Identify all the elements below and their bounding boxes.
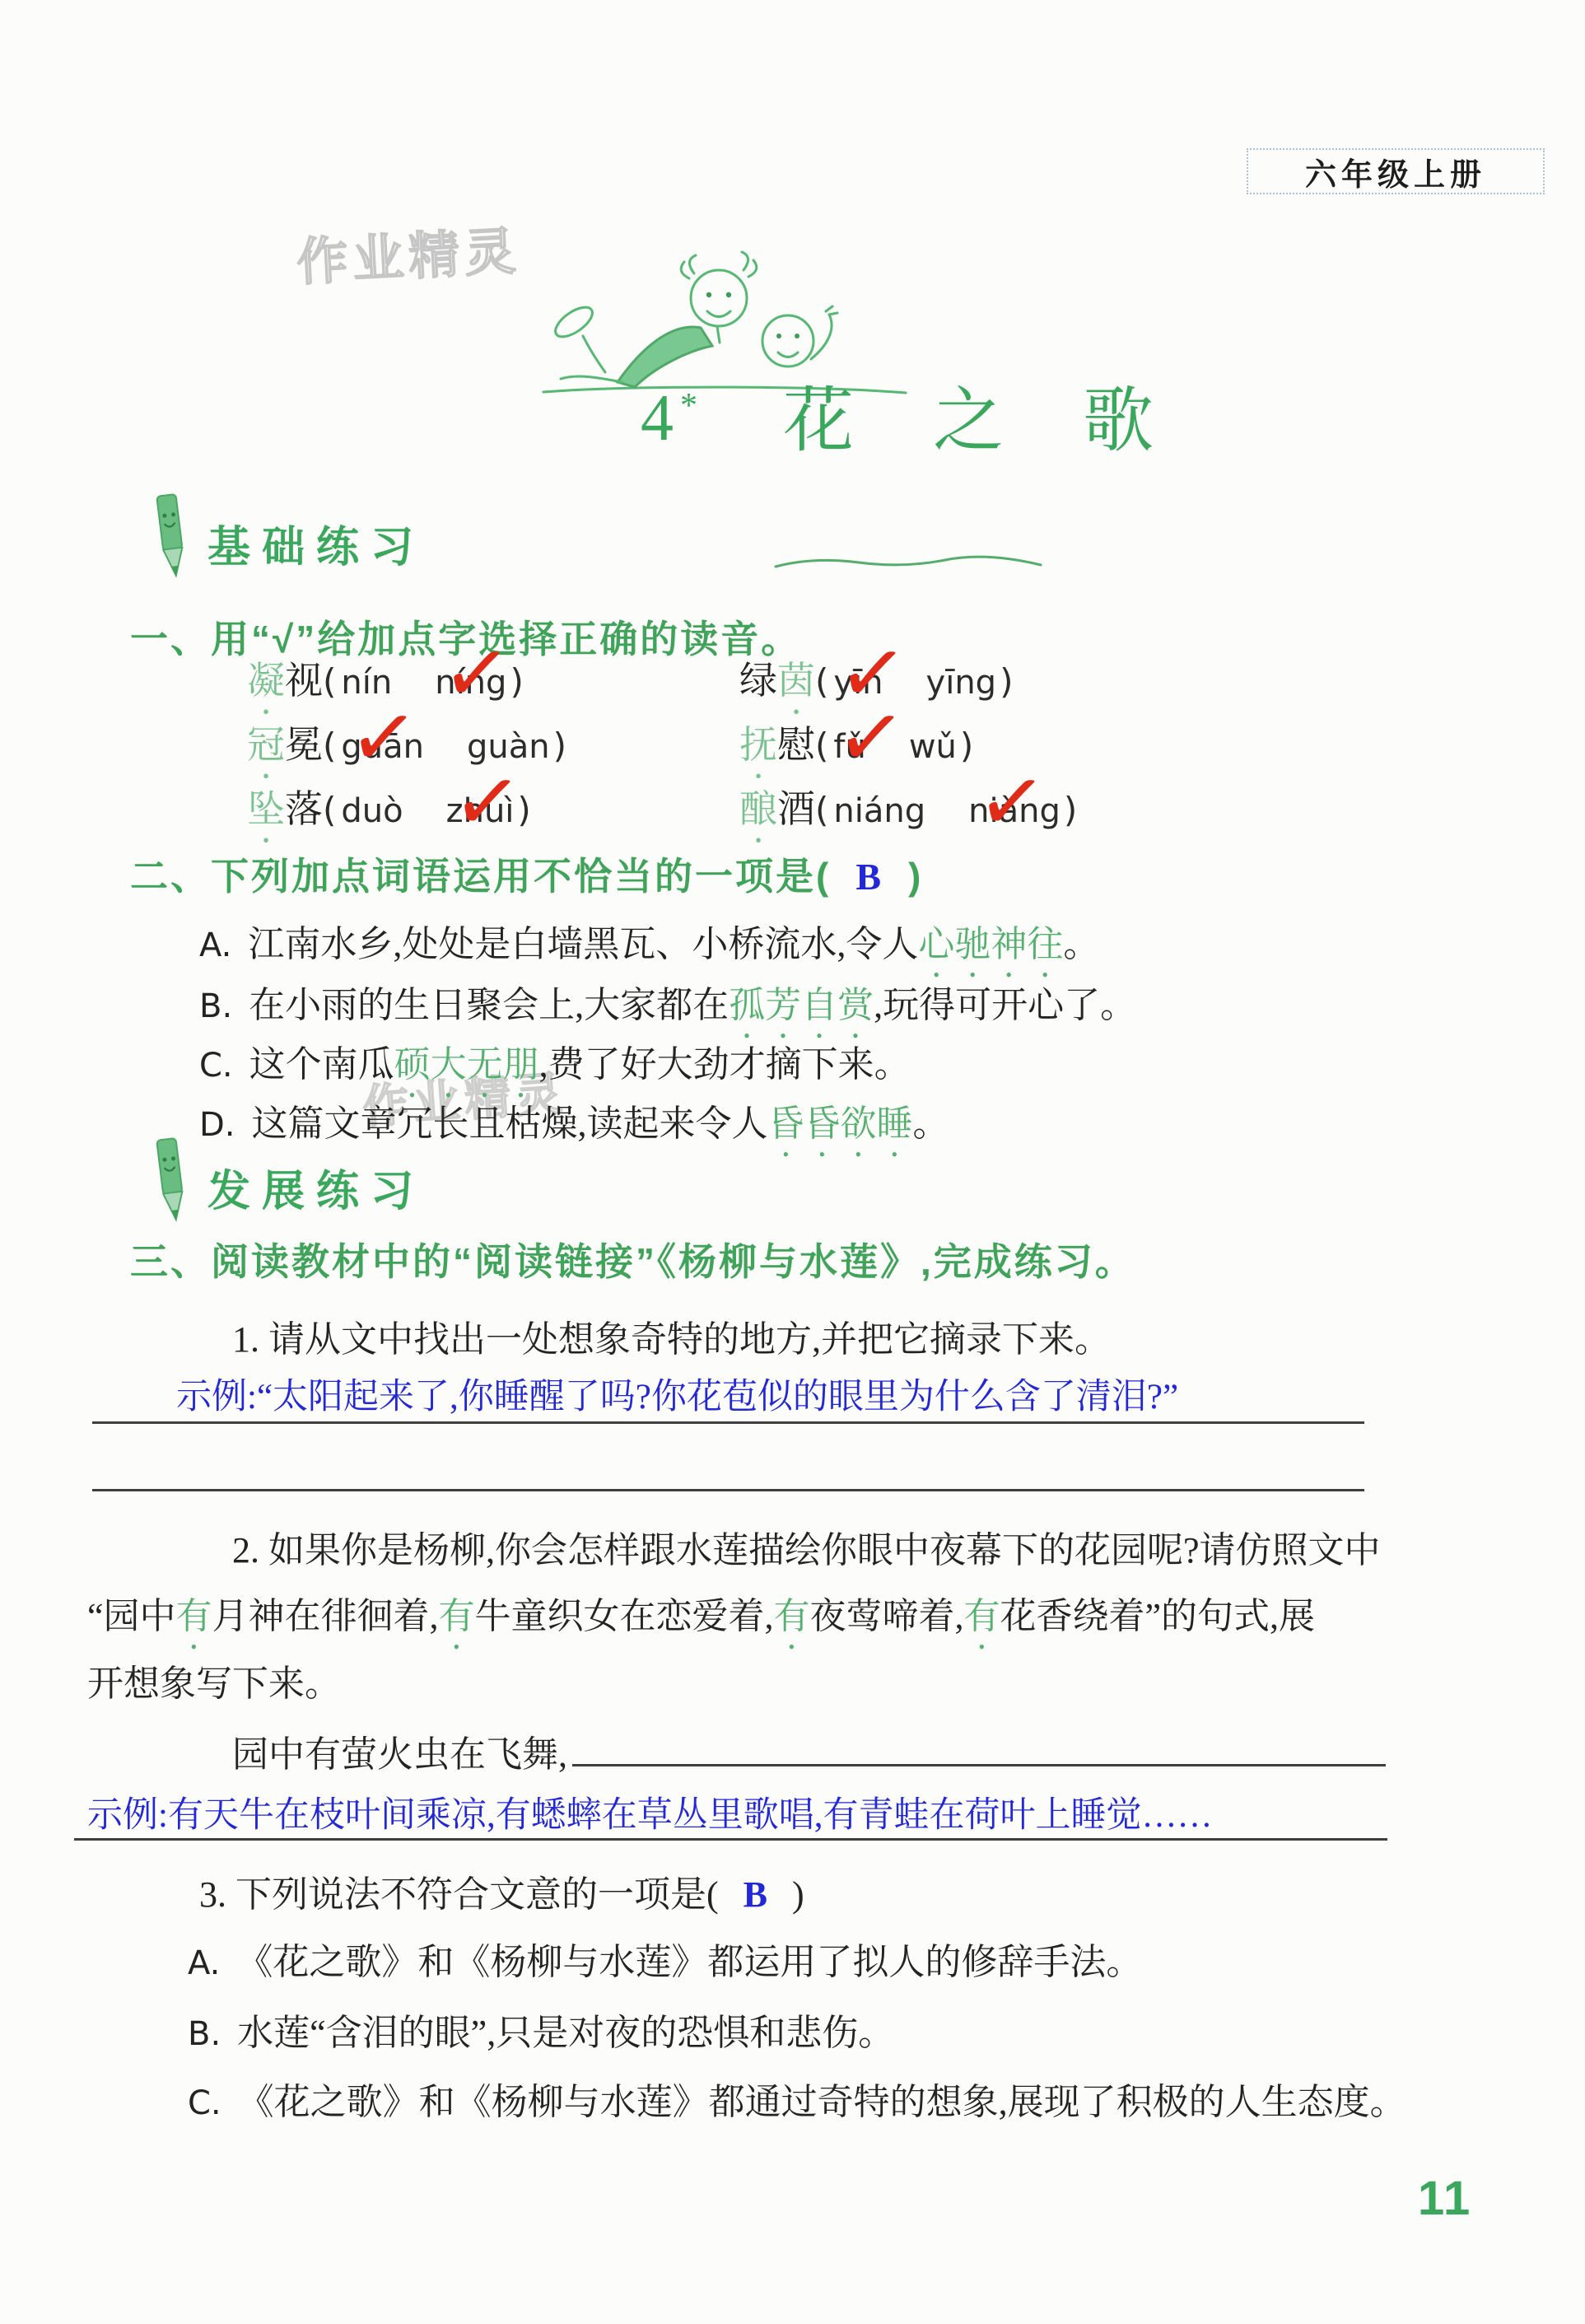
pinyin-option: níng✓ [435,664,506,702]
title-underline-swoosh [772,553,1044,575]
section-heading-label: 发展练习 [207,1156,425,1218]
answer-line [92,1489,1364,1491]
pinyin-item: 冠冕(guān✓guàn) [247,715,566,786]
pinyin-option: guàn [467,728,550,766]
lesson-title: 4 * 花 之 歌 [641,385,1154,456]
pinyin-option: nín [341,664,392,702]
word-char: 绿 [739,660,777,702]
sample-answer-2: 示例:有天牛在枝叶间乘凉,有蟋蟀在草丛里歌唱,有青蛙在荷叶上睡觉…… [87,1787,1212,1837]
section-heading-dev: 发展练习 [153,1135,425,1227]
option-text: 水莲“含泪的眼”,只是对夜的恐惧和悲伤。 [237,2013,894,2053]
option-label: B. [188,2015,221,2053]
dotted-char: 抚 [739,724,777,766]
pinyin-option: zhuì✓ [446,792,515,830]
lesson-number: 4 [641,385,674,451]
option-label: C. [188,2084,221,2122]
word-char: 酒 [777,788,815,830]
option-text: 这个南瓜 [249,1044,394,1085]
pinyin-option: niáng [833,792,925,830]
pinyin-item: 酿酒(niángniàng✓) [739,779,1077,851]
q3-answer-letter: B [744,1874,767,1915]
word-char: 慰 [777,724,815,766]
pinyin-option: yīng [926,664,997,702]
word-char: 冕 [285,724,323,766]
answer-line [92,1421,1364,1424]
q2-prompt: 二、下列加点词语运用不恰当的一项是(B) [130,847,923,901]
sub-question-3: 3. 下列说法不符合文意的一项是(B) [199,1864,804,1917]
option-text: 《花之歌》和《杨柳与水莲》都通过奇特的想象,展现了积极的人生态度。 [238,2082,1406,2122]
option-label: A. [188,1944,220,1982]
answer-stem-row: 园中有萤火虫在飞舞, [232,1724,1386,1777]
option-row: C.《花之歌》和《杨柳与水莲》都通过奇特的想象,展现了积极的人生态度。 [188,2072,1406,2125]
pinyin-option: niàng✓ [968,792,1061,830]
sub-question-1: 1. 请从文中找出一处想象奇特的地方,并把它摘录下来。 [232,1309,1111,1362]
fill-in-line [572,1731,1386,1766]
dotted-char: 酿 [739,788,777,830]
title-char: 歌 [1083,385,1154,456]
stem-text: 园中有萤火虫在飞舞, [232,1724,567,1777]
option-label: B. [199,987,232,1025]
pinyin-option: yīn✓ [833,664,883,702]
pinyin-item: 坠落(duòzhuì✓) [247,779,531,851]
sample-answer-1: 示例:“太阳起来了,你睡醒了吗?你花苞似的眼里为什么含了清泪?” [176,1369,1178,1419]
pinyin-option: guān✓ [341,728,424,766]
pinyin-option: duò [341,792,403,830]
option-label: A. [199,926,231,964]
pencil-icon [147,1133,196,1230]
section-heading-basic: 基础练习 [153,491,425,583]
title-char: 之 [933,385,1004,456]
grade-badge: 六年级上册 [1247,148,1545,194]
idiom-emphasis: 孤芳自赏 [729,985,874,1025]
lesson-star-mark: * [680,389,697,423]
option-text: 在小雨的生日聚会上,大家都在 [249,985,729,1025]
watermark-top: 作业精灵 [295,210,522,295]
workbook-page: 六年级上册 作业精灵 作业精灵 4 * 花 之 [0,0,1585,2324]
pinyin-item: 凝视(nínníng✓) [247,651,524,722]
word-char: 视 [285,660,323,702]
pinyin-option: wǔ [909,728,957,766]
sub-question-2-line1: 2. 如果你是杨柳,你会怎样跟水莲描绘你眼中夜幕下的花园呢?请仿照文中 [232,1520,1381,1573]
idiom-emphasis: 昏昏欲睡 [768,1104,913,1144]
you-emphasis: 有 [439,1596,475,1636]
sub-question-2-line3: 开想象写下来。 [87,1654,341,1706]
answer-line [74,1838,1387,1841]
pinyin-option: fǔ✓ [833,728,865,766]
pencil-icon [147,489,196,586]
q3-prompt: 三、阅读教材中的“阅读链接”《杨柳与水莲》,完成练习。 [130,1232,1135,1286]
idiom-emphasis: 心驰神往 [918,924,1063,964]
word-char: 落 [285,788,323,830]
you-emphasis: 有 [176,1596,212,1636]
sub-question-2-line2: “园中有月神在徘徊着,有牛童织女在恋爱着,有夜莺啼着,有花香绕着”的句式,展 [87,1586,1315,1657]
idiom-emphasis: 硕大无朋 [394,1044,539,1085]
you-emphasis: 有 [964,1596,1000,1636]
pinyin-item: 抚慰(fǔ✓wǔ) [739,715,973,786]
page-number: 11 [1418,2171,1471,2226]
dotted-char: 冠 [247,724,285,766]
option-text: 《花之歌》和《杨柳与水莲》都运用了拟人的修辞手法。 [236,1942,1142,1982]
option-label: C. [199,1047,233,1085]
option-row: A.《花之歌》和《杨柳与水莲》都运用了拟人的修辞手法。 [188,1932,1142,1985]
title-char: 花 [783,385,854,456]
option-row: B.水莲“含泪的眼”,只是对夜的恐惧和悲伤。 [188,2003,894,2056]
pinyin-item: 绿茵(yīn✓yīng) [739,651,1013,722]
section-heading-label: 基础练习 [207,512,425,574]
dotted-char: 茵 [777,660,815,702]
option-text: 江南水乡,处处是白墙黑瓦、小桥流水,令人 [248,924,918,964]
you-emphasis: 有 [774,1596,810,1636]
dotted-char: 坠 [247,788,285,830]
dotted-char: 凝 [247,660,285,702]
q2-answer-letter: B [855,856,883,898]
